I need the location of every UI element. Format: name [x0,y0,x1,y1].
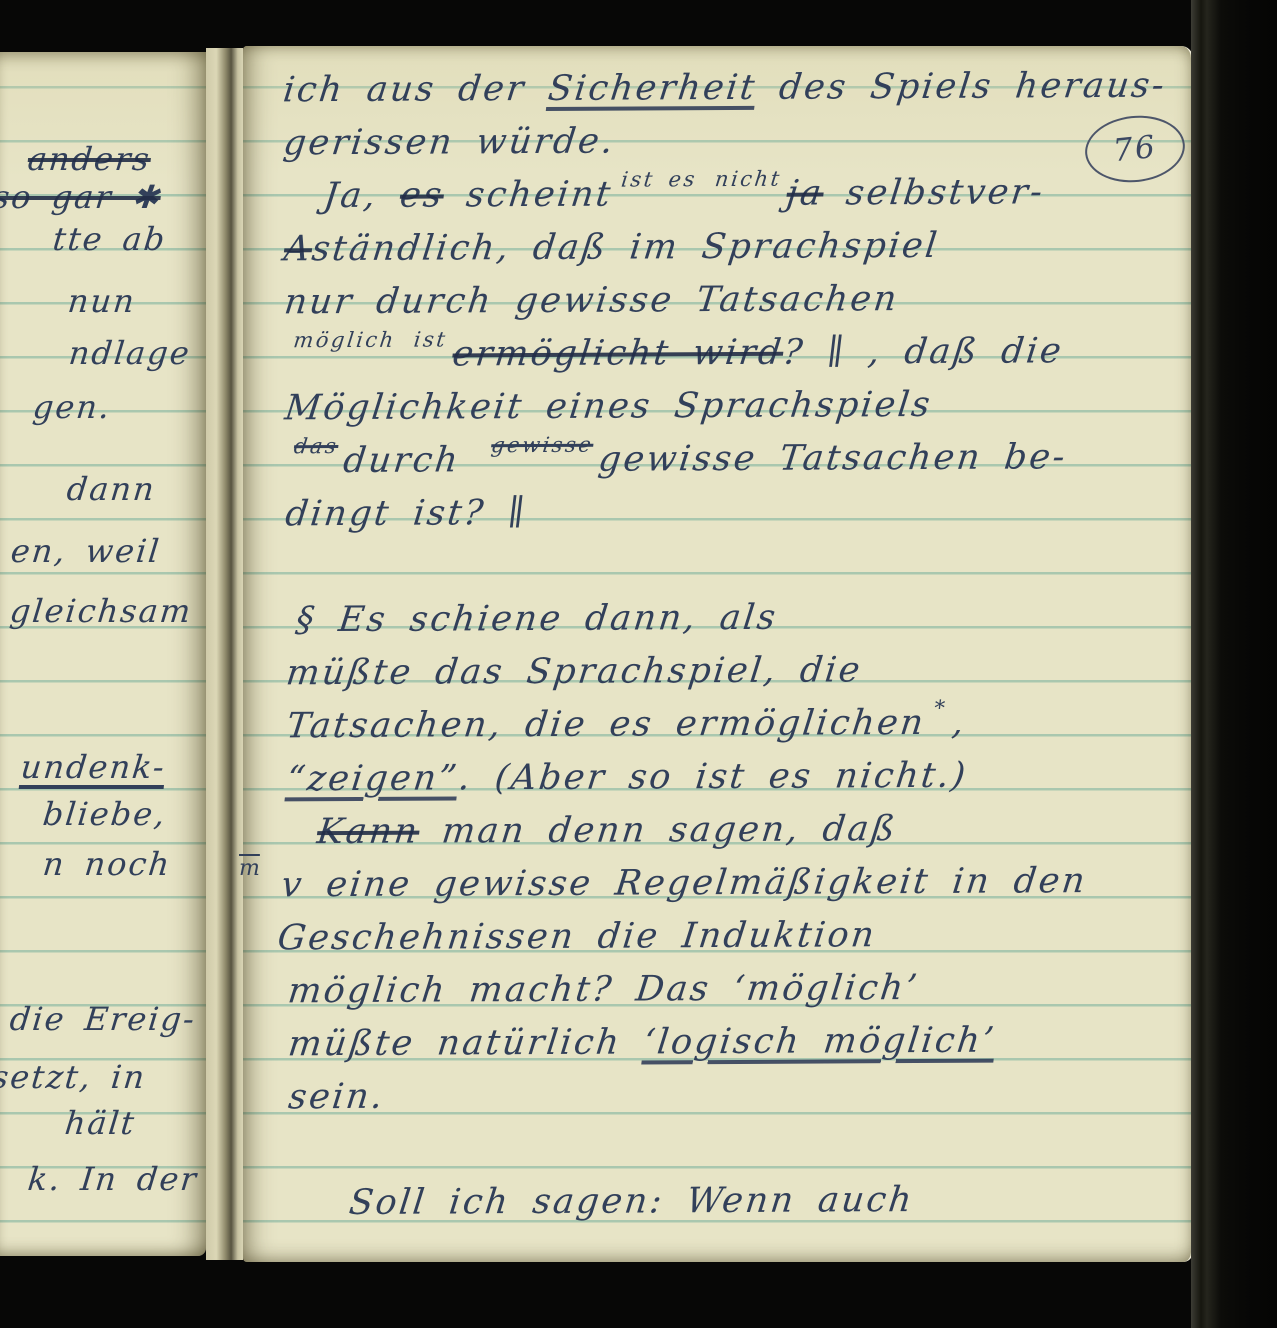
inserted-word: * [933,698,948,719]
handwritten-line: sein. [286,1067,1188,1125]
handwritten-line: v eine gewisse Regelmäßigkeit in den [278,855,1186,913]
handwritten-fragment: dann [65,470,158,508]
handwritten-line: müßte das Sprachspiel, die [283,643,1185,701]
struck-word: Kann [315,812,422,853]
word: Tatsachen, die es ermöglichen [284,703,927,746]
handwritten-fragment: gen. [31,388,113,426]
handwritten-fragment: tte ab [51,220,168,258]
handwritten-line: dasdurch gewissegewisse Tatsachen be- [282,431,1184,489]
handwritten-line: § Es schiene dann, als [293,590,1185,648]
word: des Spiels heraus- [754,66,1168,108]
handwritten-line: Tatsachen, die es ermöglichen*, [284,696,1186,754]
handwritten-fragment: so gar ✱ [0,178,163,216]
handwritten-line: Kann man denn sagen, daß [314,802,1186,860]
struck-word: ja [784,173,825,213]
handwritten-line: dingt ist? ∥ [282,484,1184,542]
word: § Es schiene dann, als [294,598,780,641]
word: Geschehnissen die Induktion [275,915,878,958]
handwriting-block: ich aus der Sicherheit des Spiels heraus… [280,60,1182,1231]
word: durch [341,440,485,481]
inserted-word: gewisse [490,435,595,457]
left-page-text-fragments: andersso gar ✱tte abnunndlagegen.dannen,… [0,52,206,1256]
word: ? ∥ , daß die [781,331,1066,372]
word: ich aus der [281,69,551,110]
handwritten-fragment: die Ereig- [8,1000,198,1038]
handwritten-fragment: gleichsam [8,592,194,630]
handwritten-line: ich aus der Sicherheit des Spiels heraus… [280,60,1182,118]
word: , [950,703,968,743]
word: sein. [286,1077,387,1118]
handwritten-line: gerissen würde. [281,113,1183,171]
book-cover-edge [1191,0,1277,1328]
word: dingt ist? ∥ [283,493,529,534]
handwritten-fragment: n noch [41,845,173,883]
word: müßte das Sprachspiel, die [284,650,864,693]
book-scan: andersso gar ✱tte abnunndlagegen.dannen,… [0,0,1277,1328]
word: müßte natürlich [286,1022,646,1064]
handwritten-line: müßte natürlich ‘logisch möglich’ [285,1014,1187,1072]
underlined-word: “zeigen” [285,758,461,799]
handwritten-line: Geschehnissen die Induktion [275,908,1187,966]
handwritten-fragment: en, weil [9,532,163,570]
word: eine gewisse Regelmäßigkeit in den [324,861,1089,905]
inserted-word: es nicht [667,169,782,191]
word: Möglichkeit eines Sprachspiels [283,385,935,428]
inserted-word: ist [620,169,656,190]
word: nur durch gewisse Tatsachen [282,279,901,322]
word: v [279,865,329,905]
word: ständlich, daß im Sprachspiel [310,226,942,269]
word: man denn sagen, daß [417,809,899,852]
word: gerissen würde. [281,122,617,164]
handwritten-line: Ja, es scheintistes nichtja selbstver- [321,166,1183,224]
word: Soll ich sagen: Wenn auch [347,1180,916,1223]
struck-word: ermöglicht wird [450,333,785,375]
word: . (Aber so ist es nicht.) [456,756,969,799]
handwritten-fragment: undenk- [19,748,168,786]
book-gutter [206,48,243,1260]
struck-word: es [398,175,446,215]
handwritten-fragment: nun [66,282,138,320]
handwritten-line: Soll ich sagen: Wenn auch [346,1173,1188,1230]
handwritten-line: “zeigen”. (Aber so ist es nicht.) [284,749,1186,807]
handwritten-line: Aständlich, daß im Sprachspiel [281,219,1183,277]
handwritten-fragment: bliebe, [41,795,168,833]
handwritten-fragment: k. In der [26,1160,200,1198]
left-page: andersso gar ✱tte abnunndlagegen.dannen,… [0,52,206,1256]
word: möglich macht? Das ‘möglich’ [286,968,922,1011]
handwritten-line: möglich istermöglicht wird? ∥ , daß die [282,325,1184,383]
underlined-word: Sicherheit [546,68,759,109]
word: selbstver- [821,172,1047,213]
handwritten-fragment: anders [26,140,153,178]
underlined-word: ‘logisch möglich’ [641,1021,998,1063]
word: Ja, [322,176,403,216]
handwritten-fragment: setzt, in [0,1058,148,1096]
right-page: 76 ich aus der Sicherheit des Spiels her… [243,46,1193,1262]
inserted-word: das [293,436,340,457]
inserted-word: möglich ist [292,329,448,351]
handwritten-line: möglich macht? Das ‘möglich’ [285,961,1187,1019]
marginal-mark: m [239,856,260,881]
handwritten-line: nur durch gewisse Tatsachen [281,272,1183,330]
handwritten-fragment: hält [63,1104,138,1142]
handwritten-line: Möglichkeit eines Sprachspiels [282,378,1184,436]
word: gewisse Tatsachen be- [596,437,1069,479]
word: scheint [441,175,614,216]
handwritten-fragment: ndlage [67,334,193,372]
